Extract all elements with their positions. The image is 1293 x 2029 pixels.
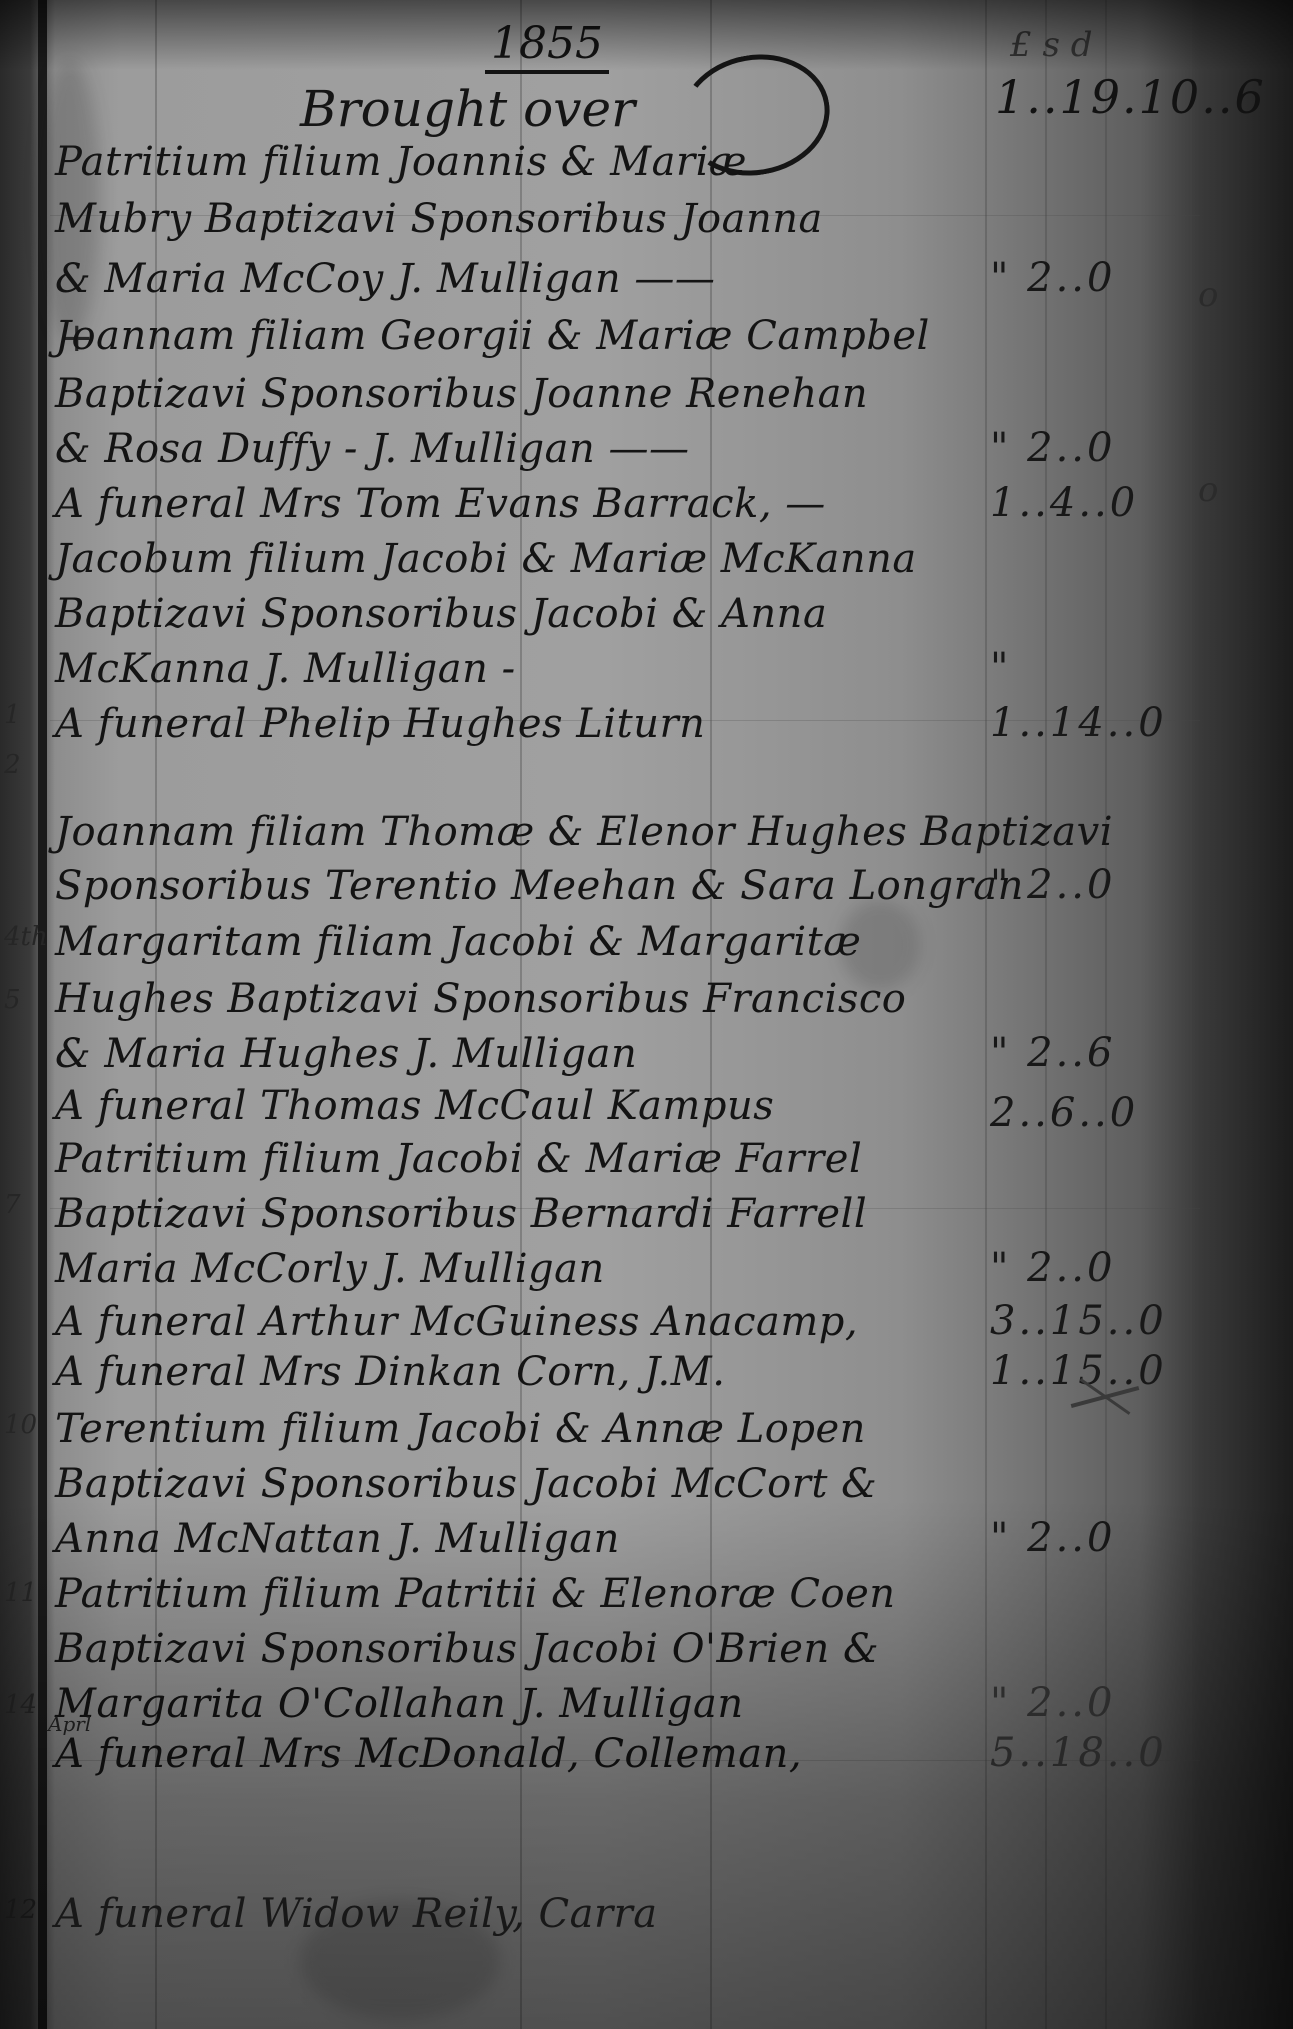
entry-line: A funeral Mrs Tom Evans Barrack, — (55, 480, 826, 528)
bleed-through-mark: o (1198, 275, 1218, 315)
page-year: 1855 (485, 18, 609, 74)
entry-line: Hughes Baptizavi Sponsoribus Francisco (55, 975, 906, 1023)
margin-date: 10 (4, 1410, 37, 1440)
entry-line: Joannam filiam Georgii & Mariæ Campbel (55, 312, 930, 360)
entry-line: A funeral Thomas McCaul Kampus (55, 1082, 774, 1130)
margin-date: 2 (4, 750, 21, 780)
entry-amount: 1..14..0 (990, 700, 1167, 746)
margin-date: 4th (4, 922, 48, 952)
entry-line: Baptizavi Sponsoribus Joanne Renehan (55, 370, 868, 418)
entry-line: Mubry Baptizavi Sponsoribus Joanna (55, 195, 823, 243)
margin-date: 14 (4, 1690, 37, 1720)
entry-amount: " 2..0 (990, 255, 1115, 301)
margin-date: 11 (4, 1578, 37, 1608)
entry-amount: 3..15..0 (990, 1298, 1167, 1344)
entry-amount: 5..18..0 (990, 1730, 1167, 1776)
entry-line: Patritium filium Joannis & Mariæ (55, 138, 747, 186)
margin-date: 5 (4, 985, 21, 1015)
entry-line: A funeral Mrs Dinkan Corn, J.M. (55, 1348, 725, 1396)
entry-line: A funeral Arthur McGuiness Anacamp, (55, 1298, 858, 1346)
brought-over-amount: 1..19.10..6 (995, 70, 1266, 124)
entry-amount: " 2..0 (990, 1515, 1115, 1561)
entry-line: Sponsoribus Terentio Meehan & Sara Longr… (55, 862, 1024, 910)
currency-header: £ s d (1010, 25, 1092, 65)
entry-line: Joannam filiam Thomæ & Elenor Hughes Bap… (55, 808, 1113, 856)
entry-line: Anna McNattan J. Mulligan (55, 1515, 620, 1563)
entry-line: A funeral Phelip Hughes Liturn (55, 700, 705, 748)
entry-amount: " 2..0 (990, 862, 1115, 908)
entry-amount: " 2..0 (990, 1245, 1115, 1291)
brought-over-heading: Brought over (300, 80, 635, 138)
entry-line: Margarita O'Collahan J. Mulligan (55, 1680, 744, 1728)
entry-amount: 1..15..0 (990, 1348, 1167, 1394)
entry-amount: " 2..6 (990, 1030, 1115, 1076)
entry-line: Patritium filium Patritii & Elenoræ Coen (55, 1570, 896, 1618)
entry-line: Baptizavi Sponsoribus Jacobi McCort & (55, 1460, 877, 1508)
entry-line: Margaritam filiam Jacobi & Margaritæ (55, 918, 861, 966)
column-rule (1190, 0, 1192, 2029)
bleed-through-mark: o (1198, 470, 1218, 510)
entry-amount: " 2..0 (990, 425, 1115, 471)
entry-amount: 1..4..0 (990, 480, 1138, 526)
entry-amount: 2..6..0 (990, 1090, 1138, 1136)
page-binding-edge (38, 0, 47, 2029)
entry-line: Maria McCorly J. Mulligan (55, 1245, 605, 1293)
entry-line: Baptizavi Sponsoribus Jacobi & Anna (55, 590, 827, 638)
entry-line: Jacobum filium Jacobi & Mariæ McKanna (55, 535, 917, 583)
entry-amount: " (990, 645, 1011, 691)
margin-month: Aprl (48, 1712, 91, 1736)
margin-date: 1 (4, 700, 21, 730)
margin-date: 12 (4, 1895, 37, 1925)
entry-line: Baptizavi Sponsoribus Jacobi O'Brien & (55, 1625, 879, 1673)
margin-date: 7 (4, 1190, 21, 1220)
entry-line: & Maria McCoy J. Mulligan —— (55, 255, 715, 303)
entry-line: A funeral Widow Reily, Carra (55, 1890, 658, 1938)
entry-line: Terentium filium Jacobi & Annæ Lopen (55, 1405, 866, 1453)
entry-line: McKanna J. Mulligan - (55, 645, 516, 693)
entry-line: Baptizavi Sponsoribus Bernardi Farrell (55, 1190, 867, 1238)
entry-line: & Rosa Duffy - J. Mulligan —— (55, 425, 689, 473)
ledger-page-scan: 1855 Brought over £ s d 1..19.10..6 Patr… (0, 0, 1293, 2029)
column-rule (985, 0, 987, 2029)
entry-line: Patritium filium Jacobi & Mariæ Farrel (55, 1135, 862, 1183)
entry-line: A funeral Mrs McDonald, Colleman, (55, 1730, 802, 1778)
entry-amount: " 2..0 (990, 1680, 1115, 1726)
entry-line: & Maria Hughes J. Mulligan (55, 1030, 637, 1078)
